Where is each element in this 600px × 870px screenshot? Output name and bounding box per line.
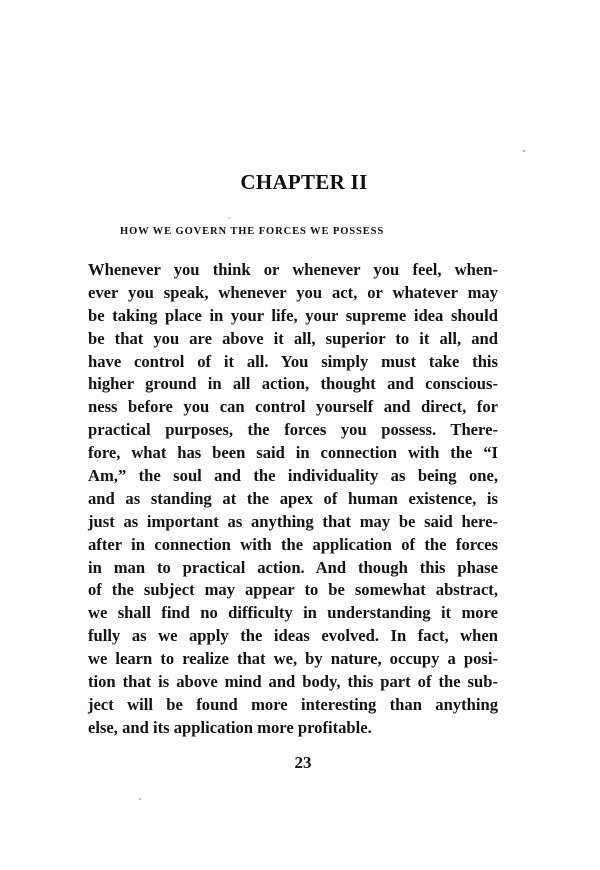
text-line: of the subject may appear to be somewhat… (88, 579, 498, 602)
text-line: fully as we apply the ideas evolved. In … (88, 625, 498, 648)
text-line: we learn to realize that we, by nature, … (88, 648, 498, 671)
text-line: ject will be found more interesting than… (88, 694, 498, 717)
text-line: just as important as anything that may b… (88, 511, 498, 534)
text-line: fore, what has been said in connection w… (88, 442, 498, 465)
text-line: after in connection with the application… (88, 534, 498, 557)
text-line: practical purposes, the forces you posse… (88, 419, 498, 442)
page-number: 23 (0, 753, 600, 773)
scan-speck (228, 217, 230, 219)
text-line: Whenever you think or whenever you feel,… (88, 259, 498, 282)
text-line: else, and its application more profitabl… (88, 717, 498, 740)
book-page: CHAPTER II HOW WE GOVERN THE FORCES WE P… (0, 0, 600, 870)
text-line: ness before you can control yourself and… (88, 396, 498, 419)
text-line: be that you are above it all, superior t… (88, 328, 498, 351)
text-line: ever you speak, whenever you act, or wha… (88, 282, 498, 305)
chapter-subtitle: HOW WE GOVERN THE FORCES WE POSSESS (120, 226, 447, 237)
text-line: we shall find no difficulty in understan… (88, 602, 498, 625)
text-line: and as standing at the apex of human exi… (88, 488, 498, 511)
text-line: be taking place in your life, your supre… (88, 305, 498, 328)
text-line: tion that is above mind and body, this p… (88, 671, 498, 694)
scan-speck (523, 150, 525, 152)
text-line: Am,” the soul and the individuality as b… (88, 465, 498, 488)
scan-speck (139, 798, 141, 800)
body-paragraph: Whenever you think or whenever you feel,… (88, 259, 498, 740)
text-line: in man to practical action. And though t… (88, 557, 498, 580)
text-line: higher ground in all action, thought and… (88, 373, 498, 396)
text-line: have control of it all. You simply must … (88, 351, 498, 374)
chapter-title: CHAPTER II (0, 170, 600, 195)
